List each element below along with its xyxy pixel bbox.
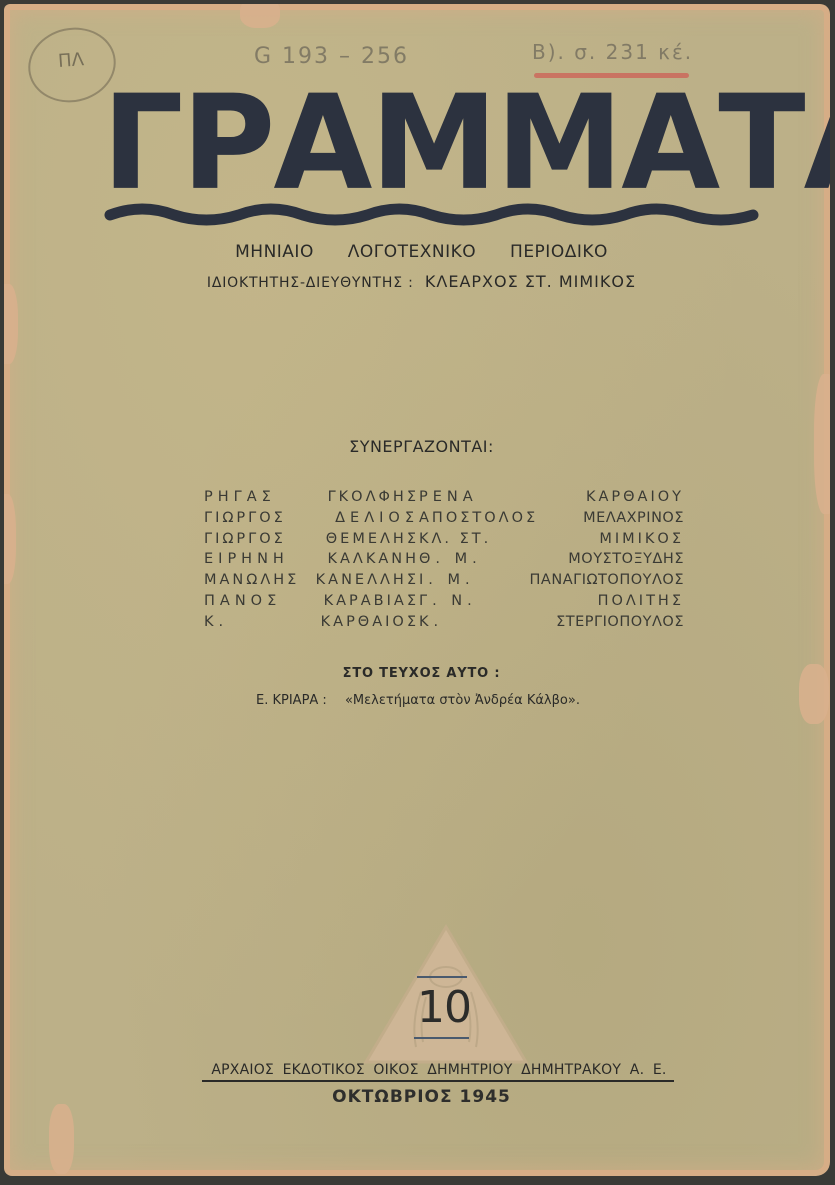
contributor-last-name: ΚΑΛΚΑΝΗ <box>327 549 419 570</box>
contributor-first-name: Ι. Μ. <box>419 570 475 591</box>
contributor-first-name: ΚΛ. ΣΤ. <box>419 529 491 550</box>
contributor-name: ΓΙΩΡΓΟΣΔΕΛΙΟΣ <box>204 508 419 529</box>
contributor-name: Θ. Μ.ΜΟΥΣΤΟΞΥΔΗΣ <box>419 549 684 570</box>
contributor-last-name: ΜΕΛΑΧΡΙΝΟΣ <box>583 508 684 529</box>
magazine-subtitle: ΜΗΝΙΑΙΟ ΛΟΓΟΤΕΧΝΙΚΟ ΠΕΡΙΟΔΙΚΟ <box>4 242 830 262</box>
magazine-cover: ΠΛ G 193 – 256 Β). σ. 231 κέ. ΓΡΑΜΜΑΤΑ Μ… <box>4 4 830 1176</box>
contributors-right-column: ΡΕΝΑΚΑΡΘΑΙΟΥΑΠΟΣΤΟΛΟΣΜΕΛΑΧΡΙΝΟΣΚΛ. ΣΤ.ΜΙ… <box>419 487 684 633</box>
contributors-left-column: ΡΗΓΑΣΓΚΟΛΦΗΣΓΙΩΡΓΟΣΔΕΛΙΟΣΓΙΩΡΓΟΣΘΕΜΕΛΗΣΕ… <box>204 487 419 633</box>
contributor-first-name: ΕΙΡΗΝΗ <box>204 549 289 570</box>
torn-edge <box>4 284 18 364</box>
contributor-name: Γ. Ν.ΠΟΛΙΤΗΣ <box>419 591 684 612</box>
article-title: «Μελετήματα στὸν Ἀνδρέα Κάλβο». <box>345 693 580 708</box>
contributor-name: ΡΗΓΑΣΓΚΟΛΦΗΣ <box>204 487 419 508</box>
contributor-name: ΕΙΡΗΝΗΚΑΛΚΑΝΗ <box>204 549 419 570</box>
contributor-name: ΡΕΝΑΚΑΡΘΑΙΟΥ <box>419 487 684 508</box>
contributor-first-name: ΠΑΝΟΣ <box>204 591 281 612</box>
contributor-last-name: ΚΑΡΘΑΙΟΣ <box>321 612 419 633</box>
contributor-last-name: ΚΑΡΘΑΙΟΥ <box>586 487 684 508</box>
contributor-first-name: ΜΑΝΩΛΗΣ <box>204 570 299 591</box>
torn-edge <box>49 1104 74 1174</box>
title-letter: Α <box>621 83 718 205</box>
torn-edge <box>240 4 280 28</box>
wave-ornament <box>104 199 759 227</box>
contributor-last-name: ΜΟΥΣΤΟΞΥΔΗΣ <box>568 549 684 570</box>
contributor-last-name: ΜΙΜΙΚΟΣ <box>599 529 684 550</box>
number-rule-top <box>417 976 467 978</box>
title-letter: Μ <box>370 83 495 205</box>
contributor-name: ΜΑΝΩΛΗΣΚΑΝΕΛΛΗΣ <box>204 570 419 591</box>
contributor-name: Κ.ΣΤΕΡΓΙΟΠΟΥΛΟΣ <box>419 612 684 633</box>
contributor-first-name: Γ. Ν. <box>419 591 477 612</box>
contributor-name: Ι. Μ.ΠΑΝΑΓΙΩΤΟΠΟΥΛΟΣ <box>419 570 684 591</box>
contributor-first-name: Κ. <box>419 612 443 633</box>
contributor-name: ΓΙΩΡΓΟΣΘΕΜΕΛΗΣ <box>204 529 419 550</box>
contributor-name: ΑΠΟΣΤΟΛΟΣΜΕΛΑΧΡΙΝΟΣ <box>419 508 684 529</box>
in-this-issue-item: Ε. ΚΡΙΑΡΑ : «Μελετήματα στὸν Ἀνδρέα Κάλβ… <box>256 693 580 708</box>
in-this-issue-heading: ΣΤΟ ΤΕΥΧΟΣ ΑΥΤΟ : <box>4 666 830 681</box>
contributor-first-name: ΓΙΩΡΓΟΣ <box>204 529 286 550</box>
contributor-first-name: ΡΕΝΑ <box>419 487 478 508</box>
contributor-first-name: ΑΠΟΣΤΟΛΟΣ <box>419 508 538 529</box>
stamp-text: ΠΛ <box>28 47 113 74</box>
issue-date: ΟΚΤΩΒΡΙΟΣ 1945 <box>4 1087 830 1107</box>
contributor-last-name: ΣΤΕΡΓΙΟΠΟΥΛΟΣ <box>556 612 684 633</box>
contributor-last-name: ΚΑΡΑΒΙΑΣ <box>324 591 419 612</box>
article-author: Ε. ΚΡΙΑΡΑ : <box>256 693 327 708</box>
masthead-title: ΓΡΑΜΜΑΤΑ <box>102 83 762 205</box>
owner-label: ΙΔΙΟΚΤΗΤΗΣ-ΔΙΕΥΘΥΝΤΗΣ : <box>207 275 414 291</box>
contributor-name: ΠΑΝΟΣΚΑΡΑΒΙΑΣ <box>204 591 419 612</box>
handwritten-note-left: G 193 – 256 <box>254 44 409 69</box>
contributor-last-name: ΔΕΛΙΟΣ <box>335 508 419 529</box>
contributors-list: ΡΗΓΑΣΓΚΟΛΦΗΣΓΙΩΡΓΟΣΔΕΛΙΟΣΓΙΩΡΓΟΣΘΕΜΕΛΗΣΕ… <box>204 487 684 633</box>
title-letter: Ρ <box>182 83 274 205</box>
title-letter: Τ <box>718 83 803 205</box>
owner-name: ΚΛΕΑΡΧΟΣ ΣΤ. ΜΙΜΙΚΟΣ <box>425 272 636 291</box>
issue-number: 10 <box>399 986 489 1030</box>
contributor-first-name: Θ. Μ. <box>419 549 482 570</box>
contributor-last-name: ΓΚΟΛΦΗΣ <box>328 487 419 508</box>
title-letter: Α <box>804 83 830 205</box>
number-rule-bottom <box>414 1037 469 1039</box>
contributor-name: Κ.ΚΑΡΘΑΙΟΣ <box>204 612 419 633</box>
title-letter: Α <box>273 83 370 205</box>
contributor-first-name: ΡΗΓΑΣ <box>204 487 276 508</box>
contributor-last-name: ΘΕΜΕΛΗΣ <box>326 529 419 550</box>
owner-line: ΙΔΙΟΚΤΗΤΗΣ-ΔΙΕΥΘΥΝΤΗΣ : ΚΛΕΑΡΧΟΣ ΣΤ. ΜΙΜ… <box>4 272 830 291</box>
torn-edge <box>4 494 16 584</box>
contributor-first-name: ΓΙΩΡΓΟΣ <box>204 508 286 529</box>
title-letter: Γ <box>102 83 182 205</box>
contributor-last-name: ΠΟΛΙΤΗΣ <box>598 591 684 612</box>
contributor-first-name: Κ. <box>204 612 228 633</box>
publisher-underline <box>202 1080 674 1082</box>
publisher-name: ΑΡΧΑΙΟΣ ΕΚΔΟΤΙΚΟΣ ΟΙΚΟΣ ΔΗΜΗΤΡΙΟΥ ΔΗΜΗΤΡ… <box>204 1062 674 1078</box>
contributor-last-name: ΠΑΝΑΓΙΩΤΟΠΟΥΛΟΣ <box>530 570 684 591</box>
handwritten-note-right: Β). σ. 231 κέ. <box>532 40 693 64</box>
title-letter: Μ <box>496 83 621 205</box>
contributor-name: ΚΛ. ΣΤ.ΜΙΜΙΚΟΣ <box>419 529 684 550</box>
contributors-heading: ΣΥΝΕΡΓΑΖΟΝΤΑΙ: <box>4 437 830 456</box>
contributor-last-name: ΚΑΝΕΛΛΗΣ <box>316 570 419 591</box>
